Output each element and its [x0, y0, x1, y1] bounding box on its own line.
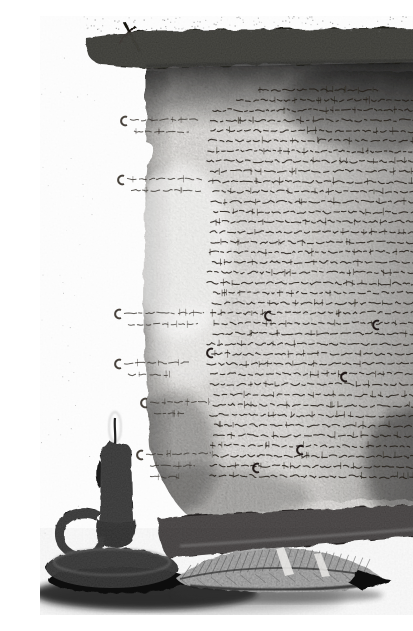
speck — [259, 22, 260, 23]
speck — [146, 29, 147, 30]
speck — [91, 25, 92, 26]
speck — [51, 337, 52, 338]
speck — [178, 28, 179, 29]
speck — [183, 28, 184, 29]
speck — [289, 22, 290, 23]
speck — [77, 97, 78, 98]
speck — [175, 28, 176, 29]
speck — [62, 376, 63, 377]
speck — [386, 26, 387, 27]
paper-grain — [40, 16, 413, 615]
speck — [174, 21, 175, 22]
speck — [237, 17, 238, 18]
speck — [166, 28, 167, 29]
speck — [221, 17, 222, 18]
speck — [390, 17, 391, 18]
speck — [43, 167, 44, 168]
speck — [221, 20, 222, 21]
speck — [86, 25, 87, 26]
speck — [81, 277, 82, 278]
speck — [87, 27, 88, 28]
speck — [151, 17, 152, 18]
speck — [127, 25, 128, 26]
speck — [64, 121, 65, 122]
speck — [117, 22, 118, 23]
speck — [362, 26, 363, 27]
speck — [70, 327, 71, 328]
speck — [264, 26, 265, 27]
speck — [229, 25, 230, 26]
speck — [330, 22, 331, 23]
speck — [305, 23, 306, 24]
speck — [151, 28, 152, 29]
speck — [48, 434, 49, 435]
speck — [240, 18, 241, 19]
speck — [175, 18, 176, 19]
speck — [170, 22, 171, 23]
speck — [69, 362, 70, 363]
speck — [41, 442, 42, 443]
speck — [68, 380, 69, 381]
speck — [165, 26, 166, 27]
speck — [73, 372, 74, 373]
speck — [162, 19, 163, 20]
speck — [344, 27, 345, 28]
speck — [83, 184, 84, 185]
speck — [321, 28, 322, 29]
speck — [200, 21, 201, 22]
speck — [45, 88, 46, 89]
speck — [43, 275, 44, 276]
speck — [95, 19, 96, 20]
speck — [68, 345, 69, 346]
speck — [285, 20, 286, 21]
speck — [92, 198, 93, 199]
speck — [393, 18, 394, 19]
speck — [332, 23, 333, 24]
speck — [254, 24, 255, 25]
speck — [250, 31, 251, 32]
speck — [406, 17, 407, 18]
speck — [79, 244, 80, 245]
speck — [205, 20, 206, 21]
speck — [102, 18, 103, 19]
speck — [71, 158, 72, 159]
speck — [238, 17, 239, 18]
speck — [302, 22, 303, 23]
speck — [194, 22, 195, 23]
speck — [298, 17, 299, 18]
speck — [167, 19, 168, 20]
speck — [261, 22, 262, 23]
speck — [288, 16, 289, 17]
speck — [119, 20, 120, 21]
speck — [307, 17, 308, 18]
speck — [208, 26, 209, 27]
speck — [133, 21, 134, 22]
speck — [66, 168, 67, 169]
speck — [243, 22, 244, 23]
speck — [62, 325, 63, 326]
speck — [87, 18, 88, 19]
speck — [356, 28, 357, 29]
speck — [293, 16, 294, 17]
speck — [274, 22, 275, 23]
speck — [63, 293, 64, 294]
speck — [45, 533, 46, 534]
speck — [87, 94, 88, 95]
speck — [309, 17, 310, 18]
speck — [136, 28, 137, 29]
speck — [94, 100, 95, 101]
speck — [42, 320, 43, 321]
speck — [62, 282, 63, 283]
speck — [92, 214, 93, 215]
speck — [58, 419, 59, 420]
speck — [388, 24, 389, 25]
speck — [402, 16, 403, 17]
speck — [78, 506, 79, 507]
speck — [390, 19, 391, 20]
speck — [114, 20, 115, 21]
speck — [351, 30, 352, 31]
speck — [322, 20, 323, 21]
speck — [349, 24, 350, 25]
speck — [217, 22, 218, 23]
speck — [66, 230, 67, 231]
speck — [102, 25, 103, 26]
speck — [48, 185, 49, 186]
speck — [220, 29, 221, 30]
speck — [164, 20, 165, 21]
speck — [185, 29, 186, 30]
speck — [281, 28, 282, 29]
speck — [215, 24, 216, 25]
speck — [128, 31, 129, 32]
engraving-illustration: medieval-scroll-with-candle-and-quill — [40, 16, 413, 615]
speck — [97, 29, 98, 30]
speck — [60, 434, 61, 435]
speck — [253, 21, 254, 22]
speck — [153, 31, 154, 32]
speck — [134, 20, 135, 21]
speck — [116, 28, 117, 29]
speck — [312, 20, 313, 21]
speck — [292, 18, 293, 19]
speck — [287, 29, 288, 30]
speck — [192, 26, 193, 27]
speck — [101, 31, 102, 32]
speck — [178, 31, 179, 32]
speck — [129, 17, 130, 18]
speck — [310, 24, 311, 25]
speck — [197, 21, 198, 22]
speck — [83, 196, 84, 197]
speck — [379, 31, 380, 32]
speck — [84, 16, 85, 17]
speck — [41, 94, 42, 95]
speck — [217, 29, 218, 30]
speck — [256, 24, 257, 25]
speck — [197, 26, 198, 27]
speck — [90, 355, 91, 356]
speck — [311, 17, 312, 18]
speck — [203, 27, 204, 28]
speck — [174, 27, 175, 28]
speck — [160, 28, 161, 29]
speck — [401, 21, 402, 22]
speck — [275, 27, 276, 28]
speck — [179, 17, 180, 18]
speck — [337, 24, 338, 25]
speck — [75, 405, 76, 406]
speck — [214, 24, 215, 25]
speck — [74, 295, 75, 296]
speck — [98, 28, 99, 29]
speck — [242, 19, 243, 20]
speck — [181, 28, 182, 29]
speck — [276, 31, 277, 32]
speck — [377, 21, 378, 22]
speck — [94, 25, 95, 26]
speck — [258, 18, 259, 19]
speck — [64, 58, 65, 59]
speck — [60, 92, 61, 93]
speck — [194, 27, 195, 28]
speck — [59, 275, 60, 276]
speck — [317, 24, 318, 25]
speck — [407, 29, 408, 30]
speck — [282, 21, 283, 22]
speck — [278, 25, 279, 26]
speck — [89, 456, 90, 457]
speck — [235, 25, 236, 26]
speck — [156, 29, 157, 30]
speck — [289, 18, 290, 19]
speck — [144, 20, 145, 21]
scroll-engraving-canvas — [40, 16, 413, 615]
speck — [380, 29, 381, 30]
speck — [71, 428, 72, 429]
speck — [118, 29, 119, 30]
speck — [259, 28, 260, 29]
